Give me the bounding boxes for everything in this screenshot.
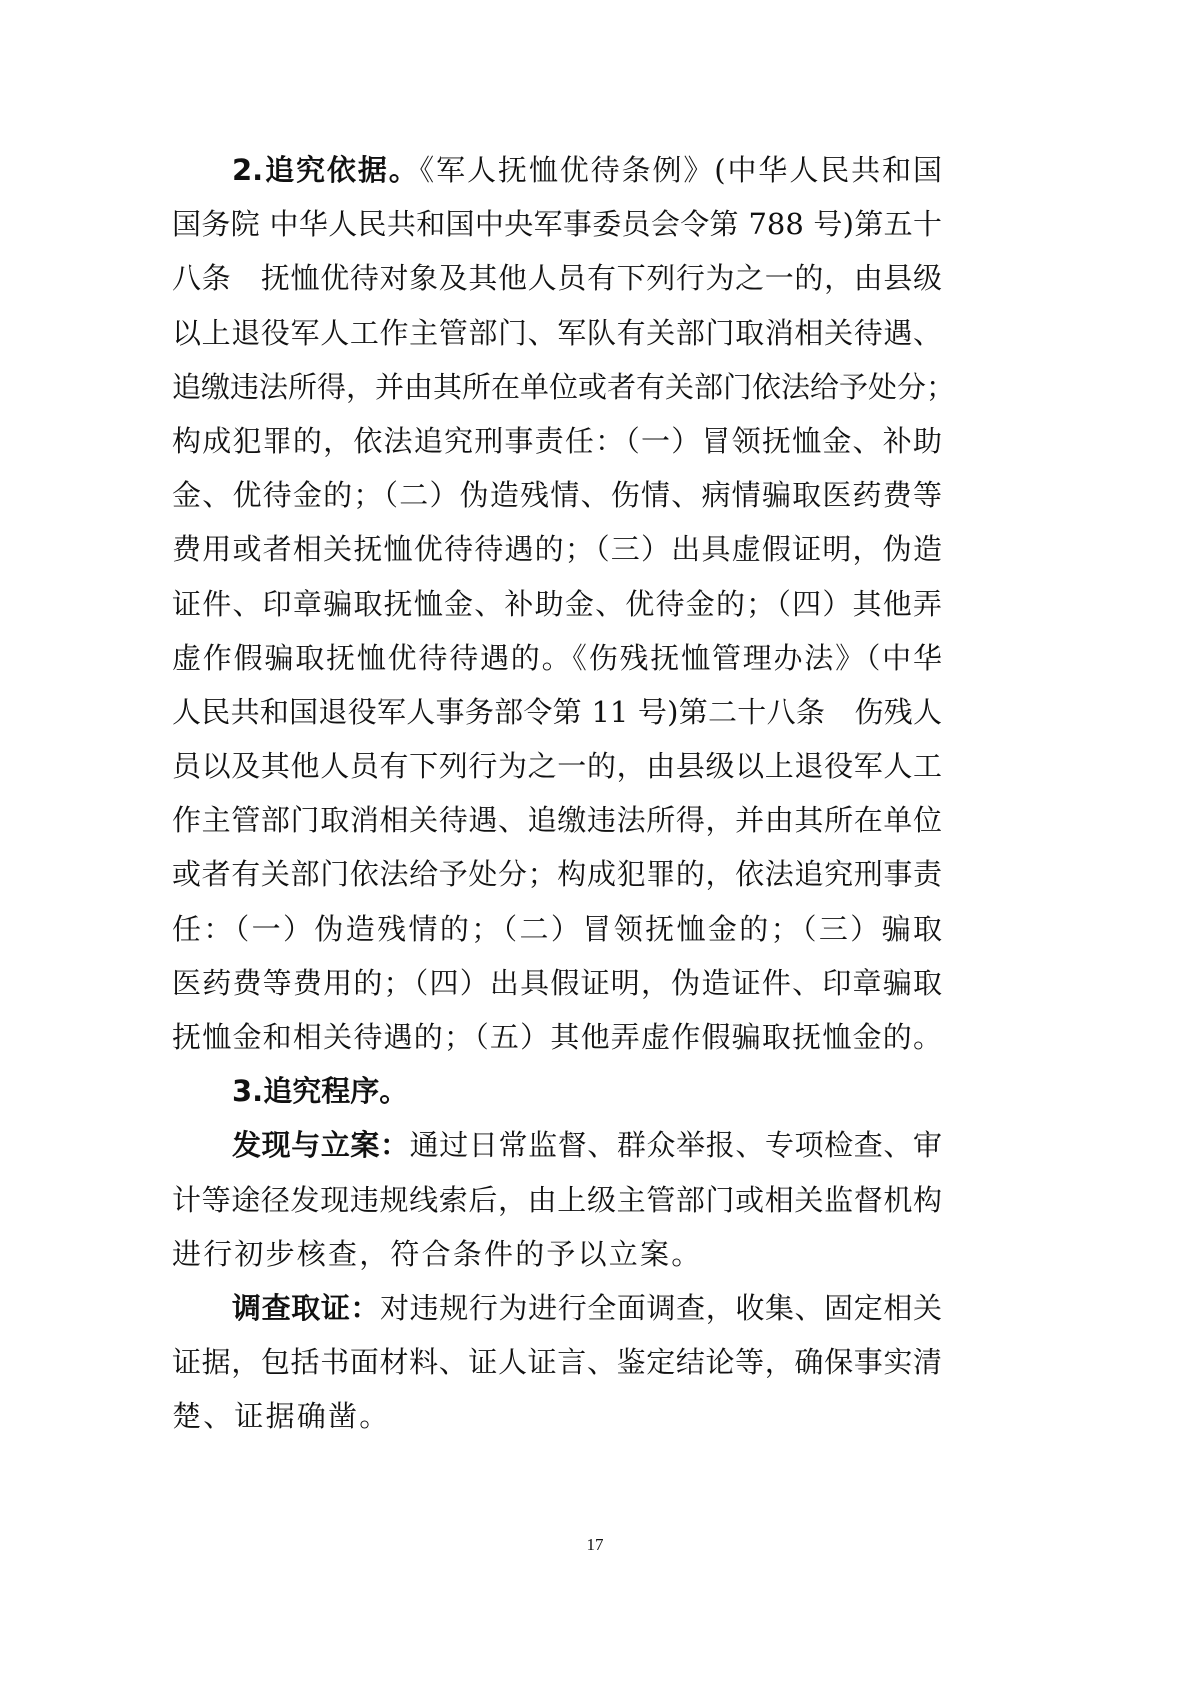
text-line: 任：（一）伪造残情的；（二）冒领抚恤金的；（三）骗取 — [172, 902, 942, 956]
text-line: 人民共和国退役军人事务部令第 11 号)第二十八条 伤残人 — [172, 685, 942, 739]
text-line: 金、优待金的；（二）伪造残情、伤情、病情骗取医药费等 — [172, 468, 942, 522]
investigation-label: 调查取证： — [232, 1291, 380, 1325]
text-line: 追缴违法所得，并由其所在单位或者有关部门依法给予处分； — [172, 360, 942, 414]
text-line: 进行初步核查，符合条件的予以立案。 — [172, 1227, 942, 1281]
text-line: 以上退役军人工作主管部门、军队有关部门取消相关待遇、 — [172, 306, 942, 360]
text-line: 《军人抚恤优待条例》(中华人民共和国 — [420, 153, 942, 187]
text-line: 费用或者相关抚恤优待待遇的；（三）出具虚假证明，伪造 — [172, 522, 942, 576]
text-line: 通过日常监督、群众举报、专项检查、审 — [410, 1128, 942, 1162]
text-line: 国务院 中华人民共和国中央军事委员会令第 788 号)第五十 — [172, 197, 942, 251]
text-line: 医药费等费用的；（四）出具假证明，伪造证件、印章骗取 — [172, 956, 942, 1010]
document-body: 2.追究依据。《军人抚恤优待条例》(中华人民共和国 国务院 中华人民共和国中央军… — [172, 143, 942, 1444]
investigation-line-1: 调查取证：对违规行为进行全面调查，收集、固定相关 — [172, 1281, 942, 1335]
text-line: 虚作假骗取抚恤优待待遇的。《伤残抚恤管理办法》（中华 — [172, 631, 942, 685]
discovery-line-1: 发现与立案：通过日常监督、群众举报、专项检查、审 — [172, 1118, 942, 1172]
section-3-heading: 3.追究程序。 — [232, 1074, 408, 1108]
text-line: 或者有关部门依法给予处分；构成犯罪的，依法追究刑事责 — [172, 847, 942, 901]
text-line: 楚、证据确凿。 — [172, 1389, 942, 1443]
text-line: 对违规行为进行全面调查，收集、固定相关 — [380, 1291, 942, 1325]
text-line: 证据，包括书面材料、证人证言、鉴定结论等，确保事实清 — [172, 1335, 942, 1389]
text-line: 证件、印章骗取抚恤金、补助金、优待金的；（四）其他弄 — [172, 577, 942, 631]
text-line: 八条 抚恤优待对象及其他人员有下列行为之一的，由县级 — [172, 251, 942, 305]
section-2-line-1: 2.追究依据。《军人抚恤优待条例》(中华人民共和国 — [172, 143, 942, 197]
section-3-heading-line: 3.追究程序。 — [172, 1064, 942, 1118]
text-line: 员以及其他人员有下列行为之一的，由县级以上退役军人工 — [172, 739, 942, 793]
discovery-label: 发现与立案： — [232, 1128, 410, 1162]
page-number: 17 — [0, 1535, 1190, 1555]
text-line: 抚恤金和相关待遇的；（五）其他弄虚作假骗取抚恤金的。 — [172, 1010, 942, 1064]
text-line: 构成犯罪的，依法追究刑事责任：（一）冒领抚恤金、补助 — [172, 414, 942, 468]
text-line: 作主管部门取消相关待遇、追缴违法所得，并由其所在单位 — [172, 793, 942, 847]
text-line: 计等途径发现违规线索后，由上级主管部门或相关监督机构 — [172, 1173, 942, 1227]
section-2-heading: 2.追究依据。 — [232, 153, 420, 187]
